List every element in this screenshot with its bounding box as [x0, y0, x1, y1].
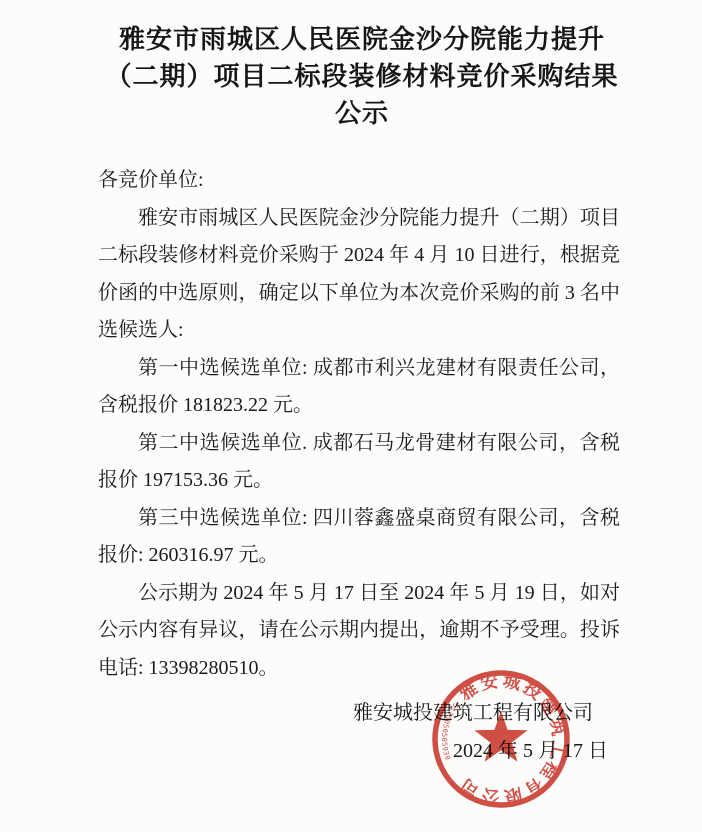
paragraph-third-candidate: 第三中选候选单位: 四川蓉鑫盛桌商贸有限公司，含税报价: 260316.97 元…: [98, 500, 620, 575]
document-title: 雅安市雨城区人民医院金沙分院能力提升 （二期）项目二标段装修材料竞价采购结果 公…: [0, 0, 702, 132]
paragraph-second-candidate: 第二中选候选单位. 成都石马龙骨建材有限公司，含税报价 197153.36 元。: [98, 425, 620, 500]
salutation: 各竞价单位:: [98, 162, 620, 200]
official-seal-icon: 雅安城投建筑工程有限公司 5115050505930: [416, 654, 586, 824]
paragraph-first-candidate: 第一中选候选单位: 成都市利兴龙建材有限责任公司，含税报价 181823.22 …: [98, 350, 620, 425]
title-line-1: 雅安市雨城区人民医院金沙分院能力提升: [22, 21, 702, 58]
paragraph-intro: 雅安市雨城区人民医院金沙分院能力提升（二期）项目二标段装修材料竞价采购于 202…: [98, 200, 620, 350]
seal-star-icon: [474, 711, 527, 762]
title-line-3: 公示: [22, 95, 702, 132]
title-line-2: （二期）项目二标段装修材料竞价采购结果: [22, 58, 702, 95]
document-page: 雅安市雨城区人民医院金沙分院能力提升 （二期）项目二标段装修材料竞价采购结果 公…: [0, 0, 702, 832]
